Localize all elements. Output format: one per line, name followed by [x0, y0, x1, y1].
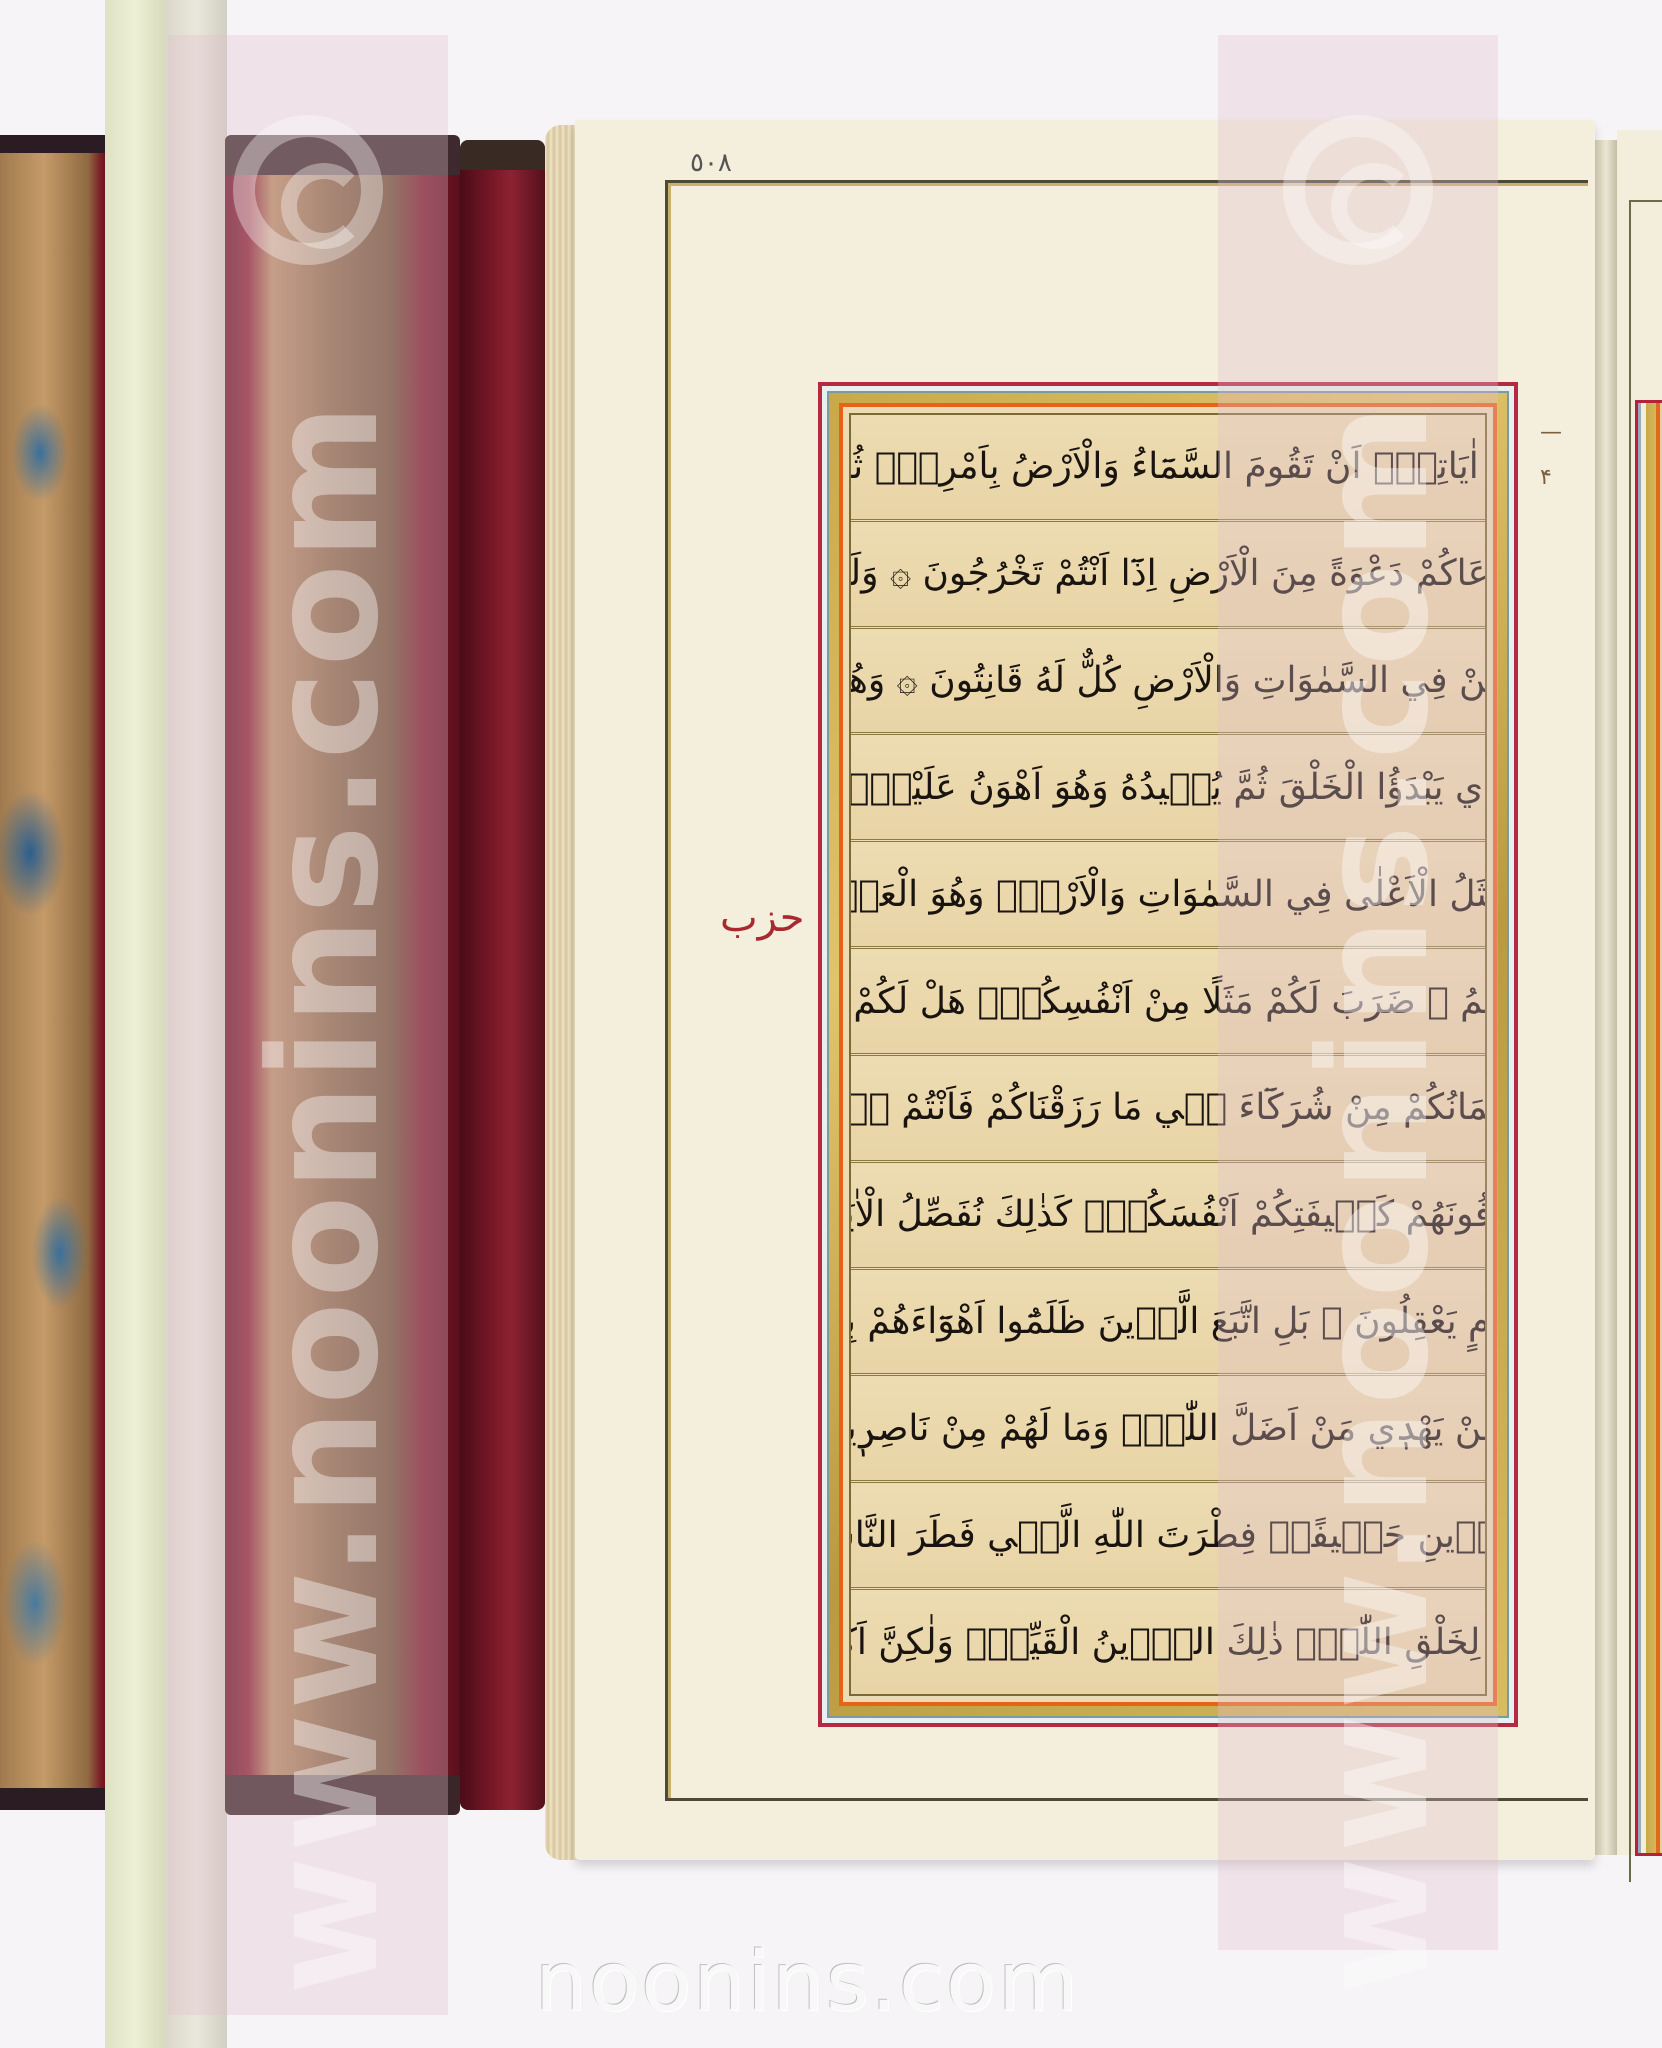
book-gutter: [1595, 140, 1617, 1855]
bookmark-ribbon: [105, 0, 165, 2048]
margin-mark: ۴: [1540, 465, 1590, 490]
watermark-text-vertical: www.noonins.com: [238, 399, 412, 1995]
margin-notes: — ۴: [1540, 420, 1590, 540]
folio-number: ٥٠٨: [690, 148, 732, 178]
watermark-text-vertical: www.noonins.com: [1288, 399, 1462, 1995]
marbled-cover-left: [0, 135, 110, 1810]
copyright-icon: [1283, 115, 1433, 265]
facing-page-panel-edge: [1635, 400, 1662, 1856]
watermark-column-right: www.noonins.com: [1218, 35, 1498, 1950]
facing-page-edge: [1617, 130, 1662, 1855]
leather-spine: [460, 140, 545, 1810]
copyright-icon: [233, 115, 383, 265]
margin-hizb-marker: حزب: [720, 895, 804, 941]
watermark-text-bottom: noonins.com: [535, 1935, 1080, 2030]
margin-mark: —: [1540, 420, 1590, 445]
watermark-column-left: www.noonins.com: [168, 35, 448, 2015]
